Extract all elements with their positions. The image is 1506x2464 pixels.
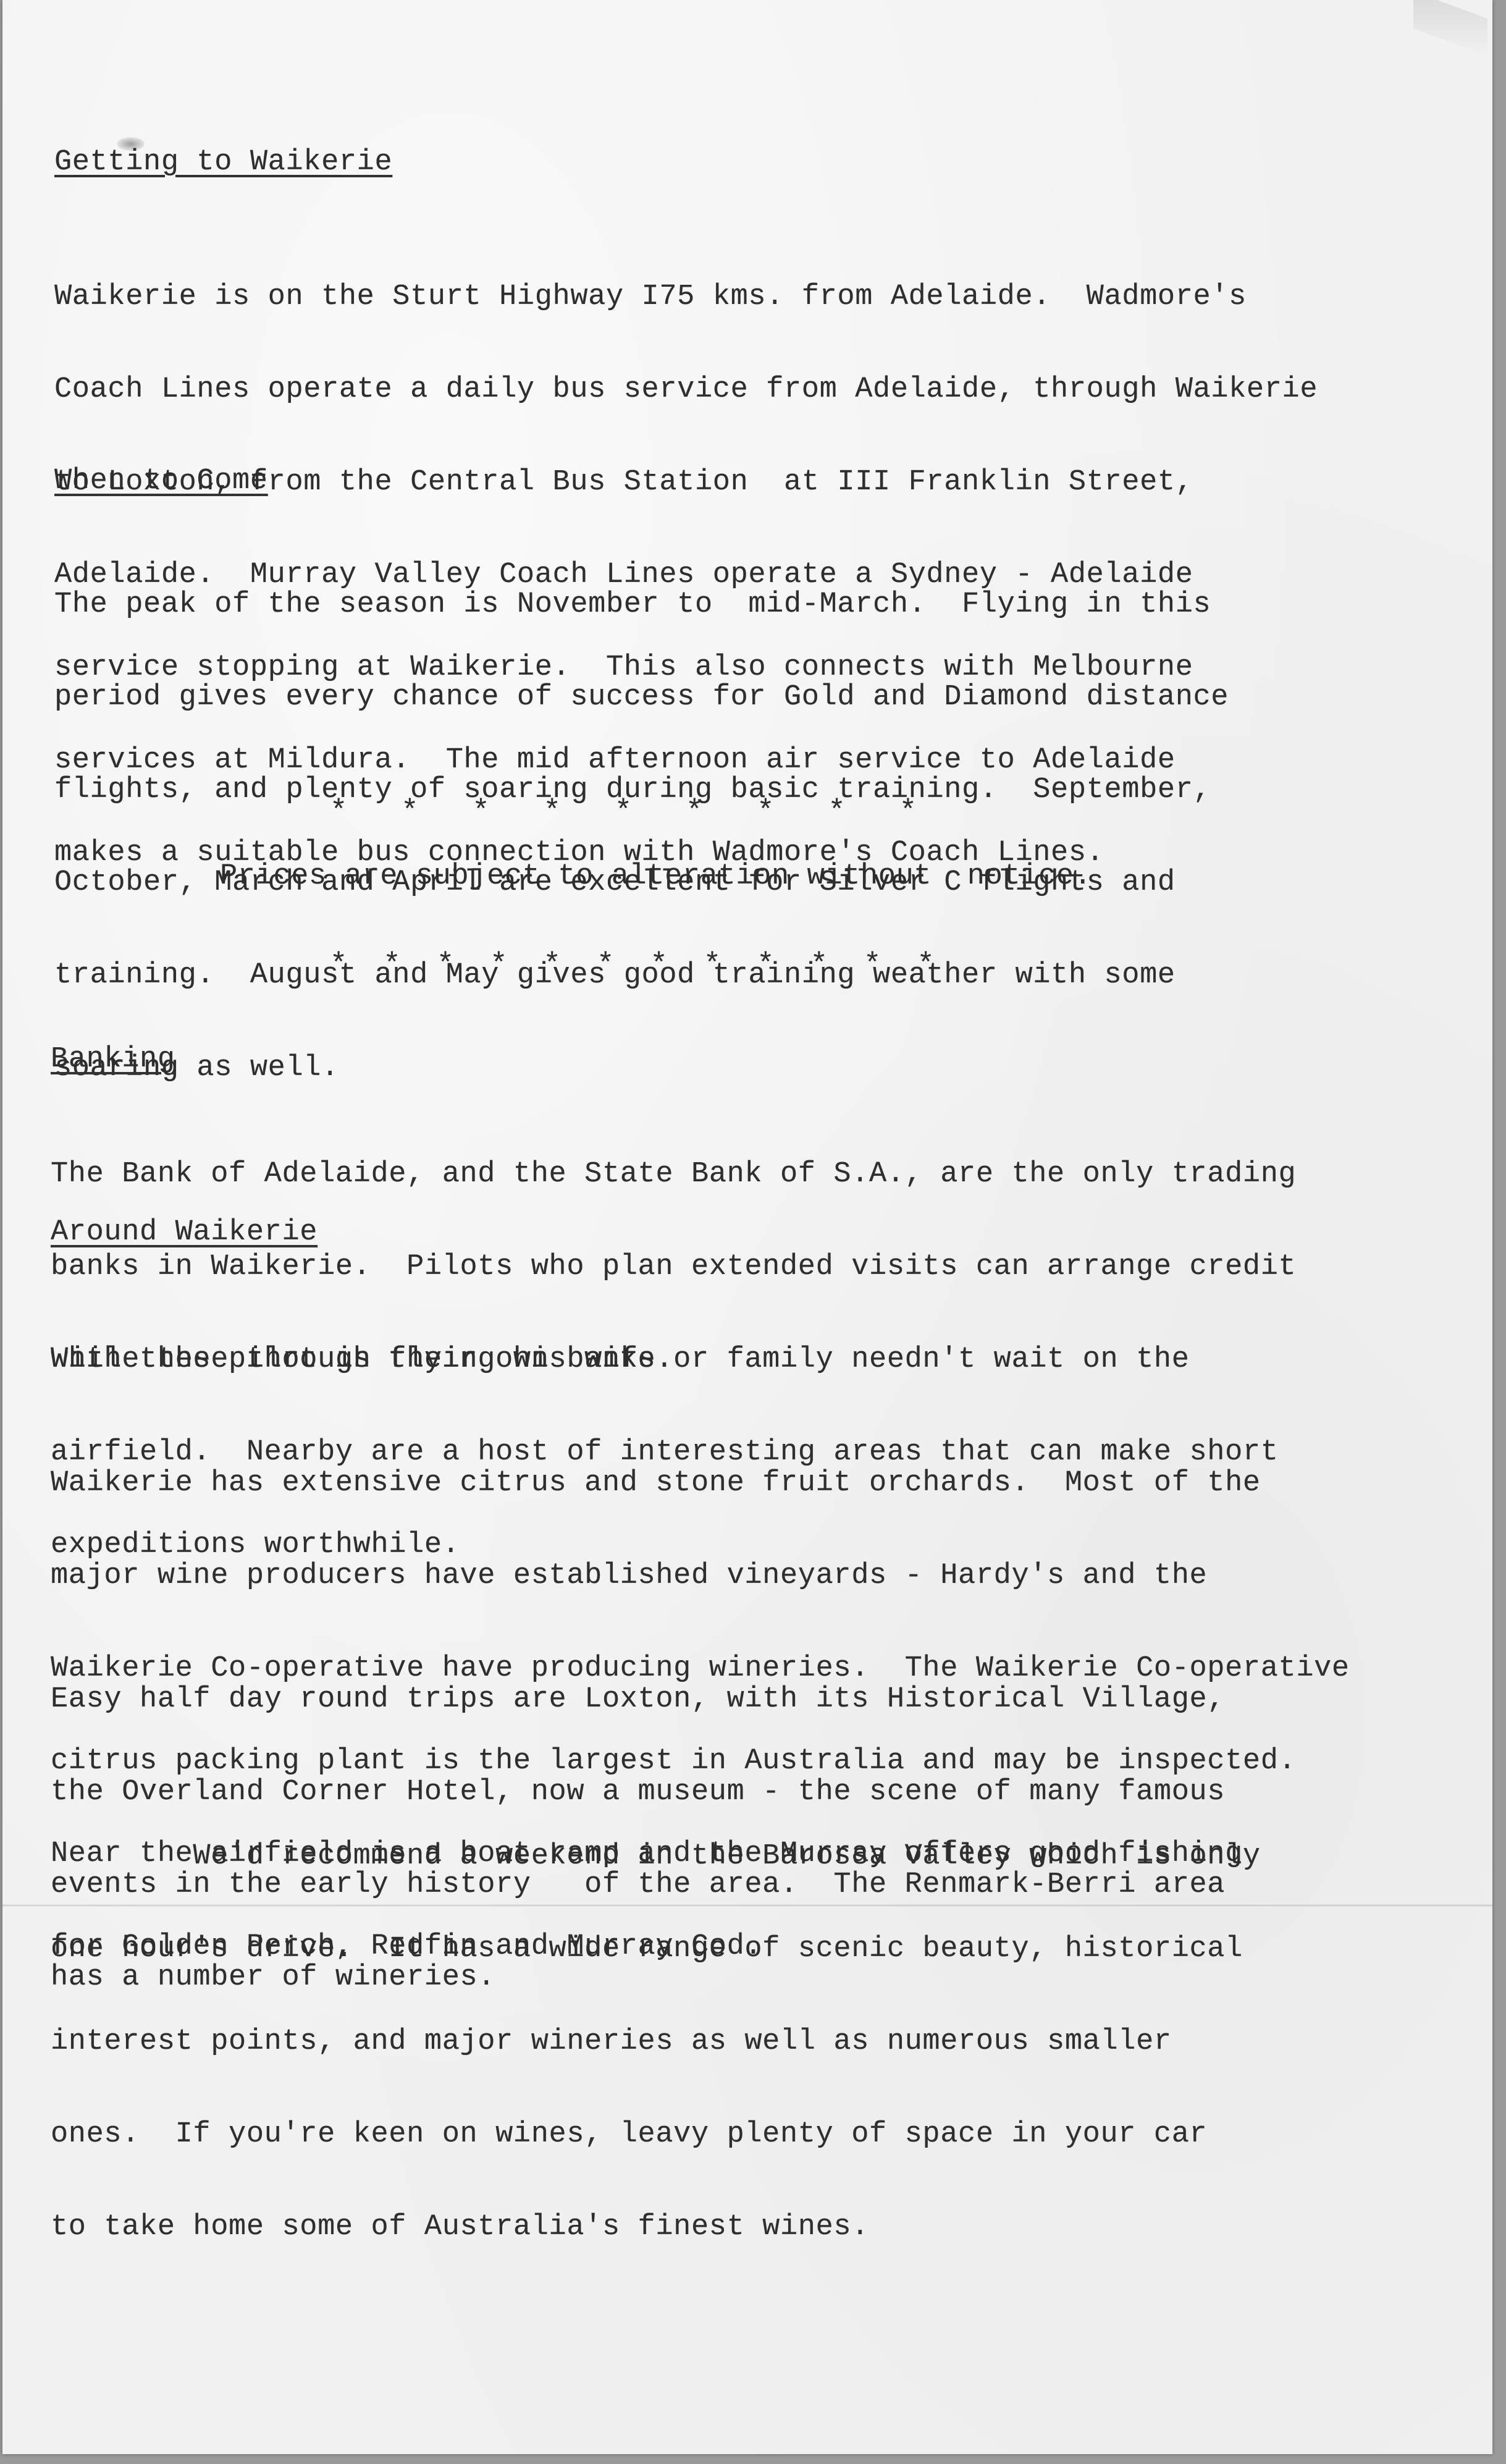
text-line: While the pilot is flying his wife or fa… (51, 1344, 1279, 1375)
asterisk-divider-top: * * * * * * * * * (330, 797, 917, 828)
heading-around-waikerie: Around Waikerie (51, 1217, 318, 1248)
text-line: major wine producers have established vi… (51, 1561, 1350, 1592)
prices-notice: Prices are subject to alteration without… (220, 861, 1092, 892)
text-line: interest points, and major wineries as w… (51, 2027, 1261, 2057)
heading-when-to-come: When to Come (54, 466, 268, 497)
text-line: We'd recommend a weekend in the Barossa … (51, 1841, 1261, 1872)
text-line: ones. If you're keen on wines, leavy ple… (51, 2119, 1261, 2150)
text-line: period gives every chance of success for… (54, 682, 1229, 713)
text-line: The Bank of Adelaide, and the State Bank… (51, 1159, 1296, 1190)
paragraph-when-to-come: The peak of the season is November to mi… (54, 528, 1229, 1146)
corner-crease (1413, 0, 1487, 56)
asterisk-divider-bottom: * * * * * * * * * * * * (330, 950, 935, 981)
text-line: The peak of the season is November to mi… (54, 589, 1229, 620)
text-line: Waikerie is on the Sturt Highway I75 kms… (54, 282, 1318, 313)
paper-page: Getting to Waikerie Waikerie is on the S… (2, 0, 1492, 2454)
text-line: Waikerie has extensive citrus and stone … (51, 1468, 1350, 1499)
text-line: Easy half day round trips are Loxton, wi… (51, 1684, 1225, 1715)
text-line: to take home some of Australia's finest … (51, 2212, 1261, 2243)
text-line: banks in Waikerie. Pilots who plan exten… (51, 1252, 1296, 1283)
paragraph-barossa-valley: We'd recommend a weekend in the Barossa … (51, 1779, 1261, 2305)
text-line: one hour's drive. It has a wide range of… (51, 1934, 1261, 1965)
heading-getting-to-waikerie: Getting to Waikerie (54, 147, 392, 178)
heading-banking: Banking (51, 1044, 175, 1075)
text-line: soaring as well. (54, 1053, 1229, 1084)
text-line: Coach Lines operate a daily bus service … (54, 374, 1318, 405)
